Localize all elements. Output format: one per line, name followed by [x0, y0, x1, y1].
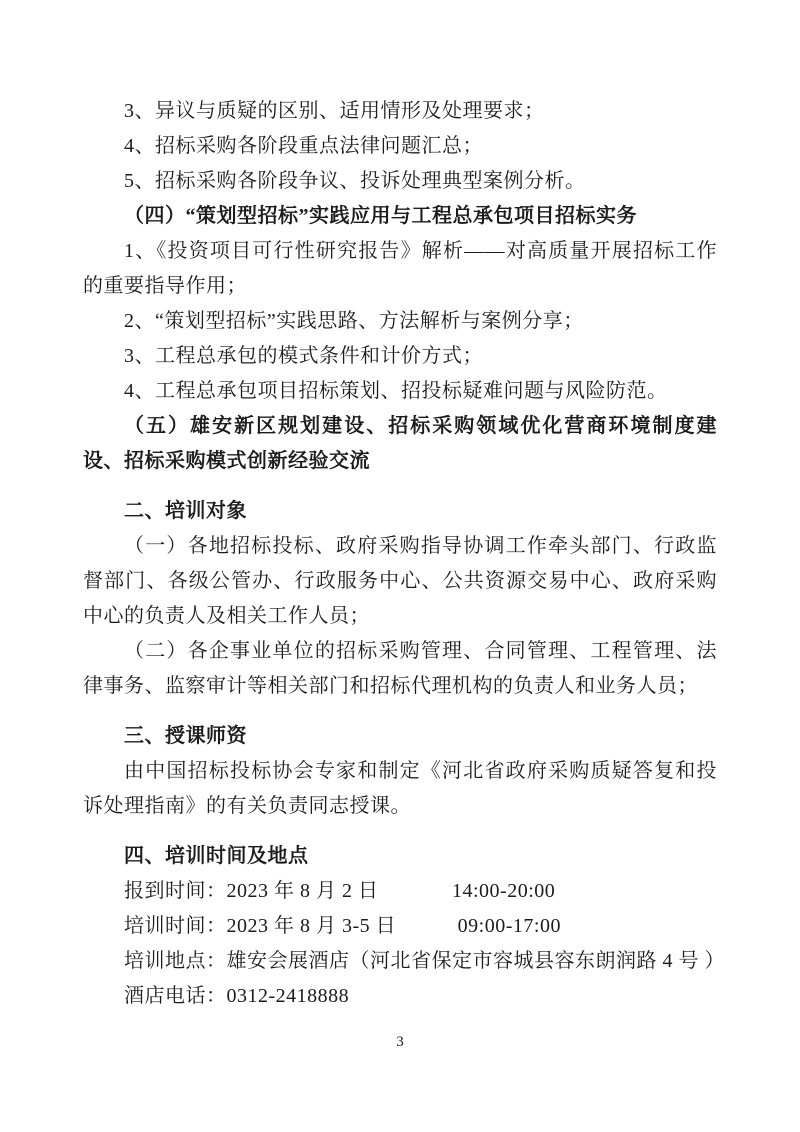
list-item: 5、招标采购各阶段争议、投诉处理典型案例分析。 — [83, 164, 717, 199]
document-page: 3、异议与质疑的区别、适用情形及处理要求； 4、招标采购各阶段重点法律问题汇总；… — [0, 0, 800, 1132]
schedule-row: 报到时间：2023 年 8 月 2 日 14:00-20:00 — [83, 874, 717, 909]
section-heading-faculty: 三、授课师资 — [83, 719, 717, 754]
paragraph: （一）各地招标投标、政府采购指导协调工作牵头部门、行政监督部门、各级公管办、行政… — [83, 529, 717, 634]
page-number: 3 — [0, 1031, 800, 1053]
schedule-label-date: 报到时间：2023 年 8 月 2 日 — [124, 880, 379, 902]
section-heading-five: （五）雄安新区规划建设、招标采购领域优化营商环境制度建设、招标采购模式创新经验交… — [83, 409, 717, 479]
paragraph: （二）各企事业单位的招标采购管理、合同管理、工程管理、法律事务、监察审计等相关部… — [83, 634, 717, 704]
venue-line: 培训地点：雄安会展酒店（河北省保定市容城县容东朗润路 4 号 ） — [83, 944, 717, 979]
schedule-row: 培训时间：2023 年 8 月 3-5 日 09:00-17:00 — [83, 909, 717, 944]
list-item: 1、《投资项目可行性研究报告》解析——对高质量开展招标工作的重要指导作用； — [83, 234, 717, 304]
paragraph: 由中国招标投标协会专家和制定《河北省政府采购质疑答复和投诉处理指南》的有关负责同… — [83, 754, 717, 824]
phone-line: 酒店电话：0312-2418888 — [83, 979, 717, 1014]
list-item: 2、“策划型招标”实践思路、方法解析与案例分享； — [83, 304, 717, 339]
list-item: 4、工程总承包项目招标策划、招投标疑难问题与风险防范。 — [83, 374, 717, 409]
section-heading-logistics: 四、培训时间及地点 — [83, 839, 717, 874]
section-heading-four: （四）“策划型招标”实践应用与工程总承包项目招标实务 — [83, 199, 717, 234]
list-item: 3、工程总承包的模式条件和计价方式； — [83, 339, 717, 374]
section-heading-trainees: 二、培训对象 — [83, 494, 717, 529]
list-item: 3、异议与质疑的区别、适用情形及处理要求； — [83, 94, 717, 129]
schedule-time: 14:00-20:00 — [452, 880, 555, 902]
schedule-time: 09:00-17:00 — [458, 915, 561, 937]
schedule-label-date: 培训时间：2023 年 8 月 3-5 日 — [124, 915, 396, 937]
document-body: 3、异议与质疑的区别、适用情形及处理要求； 4、招标采购各阶段重点法律问题汇总；… — [0, 0, 800, 1014]
list-item: 4、招标采购各阶段重点法律问题汇总； — [83, 129, 717, 164]
